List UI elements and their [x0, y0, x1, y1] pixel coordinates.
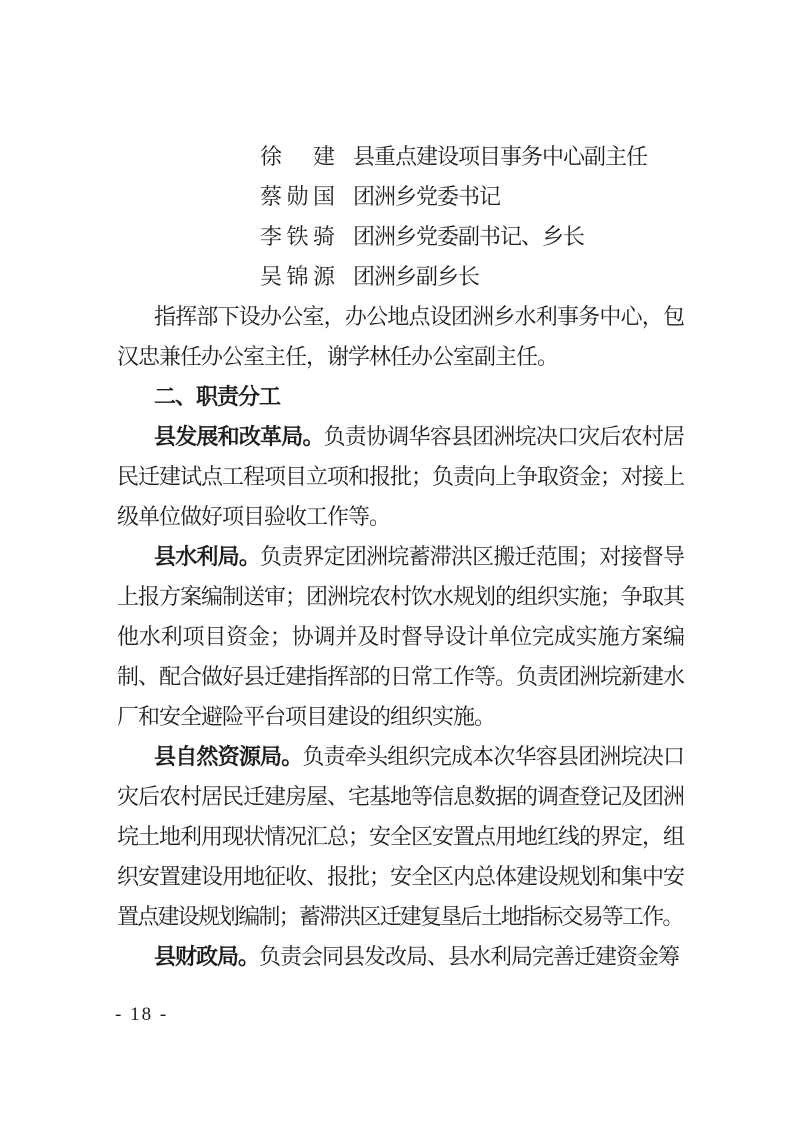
appointee-title: 团洲乡副乡长	[353, 257, 479, 297]
paragraph-line: 垸土地利用现状情况汇总；安全区安置点用地红线的界定，组	[117, 817, 684, 857]
paragraph: 指挥部下设办公室，办公地点设团洲乡水利事务中心，包汉忠兼任办公室主任，谢学林任办…	[117, 297, 684, 377]
paragraph-line: 他水利项目资金；协调并及时督导设计单位完成实施方案编	[117, 617, 684, 657]
paragraph-line: 指挥部下设办公室，办公地点设团洲乡水利事务中心，包	[117, 297, 684, 337]
appointee-title: 团洲乡党委副书记、乡长	[353, 217, 584, 257]
appointee-name: 徐 建	[260, 137, 334, 177]
page-number: - 18 -	[115, 1003, 168, 1027]
paragraph-text: 级单位做好项目验收工作等。	[117, 504, 390, 529]
appointment-row: 蔡勋国团洲乡党委书记	[117, 177, 684, 217]
paragraph-text: 负责牵头组织完成本次华容县团洲垸决口	[302, 744, 684, 769]
paragraph-text: 负责界定团洲垸蓄滞洪区搬迁范围；对接督导	[260, 544, 684, 569]
paragraph-text: 指挥部下设办公室，办公地点设团洲乡水利事务中心，包	[154, 304, 684, 329]
paragraph-text: 他水利项目资金；协调并及时督导设计单位完成实施方案编	[117, 624, 684, 649]
paragraph-line: 民迁建试点工程项目立项和报批；负责向上争取资金；对接上	[117, 457, 684, 497]
appointee-title: 县重点建设项目事务中心副主任	[353, 137, 647, 177]
appointee-name: 李铁骑	[260, 217, 334, 257]
paragraph-text: 负责会同县发改局、县水利局完善迁建资金筹	[259, 944, 679, 969]
paragraph-line: 县水利局。负责界定团洲垸蓄滞洪区搬迁范围；对接督导	[117, 537, 684, 577]
paragraph-text: 上报方案编制送审；团洲垸农村饮水规划的组织实施；争取其	[117, 584, 684, 609]
paragraph-line: 县财政局。负责会同县发改局、县水利局完善迁建资金筹	[117, 937, 684, 977]
org-name-bold: 县发展和改革局。	[154, 424, 324, 449]
paragraph: 县自然资源局。负责牵头组织完成本次华容县团洲垸决口灾后农村居民迁建房屋、宅基地等…	[117, 737, 684, 937]
paragraph-line: 县自然资源局。负责牵头组织完成本次华容县团洲垸决口	[117, 737, 684, 777]
paragraph: 县水利局。负责界定团洲垸蓄滞洪区搬迁范围；对接督导上报方案编制送审；团洲垸农村饮…	[117, 537, 684, 737]
appointment-row: 李铁骑团洲乡党委副书记、乡长	[117, 217, 684, 257]
appointment-row: 徐 建县重点建设项目事务中心副主任	[117, 137, 684, 177]
paragraph-line: 级单位做好项目验收工作等。	[117, 497, 684, 537]
paragraph-line: 制、配合做好县迁建指挥部的日常工作等。负责团洲垸新建水	[117, 657, 684, 697]
appointment-row: 吴锦源团洲乡副乡长	[117, 257, 684, 297]
document-body: 徐 建县重点建设项目事务中心副主任蔡勋国团洲乡党委书记李铁骑团洲乡党委副书记、乡…	[117, 137, 684, 977]
paragraph-line: 厂和安全避险平台项目建设的组织实施。	[117, 697, 684, 737]
paragraph-text: 织安置建设用地征收、报批；安全区内总体建设规划和集中安	[117, 864, 684, 889]
appointee-title: 团洲乡党委书记	[353, 177, 500, 217]
paragraph-line: 汉忠兼任办公室主任，谢学林任办公室副主任。	[117, 337, 684, 377]
appointee-name: 蔡勋国	[260, 177, 334, 217]
paragraph-line: 织安置建设用地征收、报批；安全区内总体建设规划和集中安	[117, 857, 684, 897]
paragraph-line: 灾后农村居民迁建房屋、宅基地等信息数据的调查登记及团洲	[117, 777, 684, 817]
paragraph-text: 负责协调华容县团洲垸决口灾后农村居	[324, 424, 684, 449]
paragraph: 县发展和改革局。负责协调华容县团洲垸决口灾后农村居民迁建试点工程项目立项和报批；…	[117, 417, 684, 537]
org-name-bold: 县财政局。	[154, 944, 259, 969]
paragraph-text: 置点建设规划编制；蓄滞洪区迁建复垦后土地指标交易等工作。	[117, 904, 683, 929]
paragraph-text: 制、配合做好县迁建指挥部的日常工作等。负责团洲垸新建水	[117, 664, 684, 689]
paragraph-line: 置点建设规划编制；蓄滞洪区迁建复垦后土地指标交易等工作。	[117, 897, 684, 937]
paragraph: 县财政局。负责会同县发改局、县水利局完善迁建资金筹	[117, 937, 684, 977]
org-name-bold: 县自然资源局。	[154, 744, 302, 769]
paragraph-text: 垸土地利用现状情况汇总；安全区安置点用地红线的界定，组	[117, 824, 684, 849]
appointee-name: 吴锦源	[260, 257, 334, 297]
paragraph-line: 上报方案编制送审；团洲垸农村饮水规划的组织实施；争取其	[117, 577, 684, 617]
paragraph-text: 汉忠兼任办公室主任，谢学林任办公室副主任。	[117, 344, 558, 369]
paragraph-text: 灾后农村居民迁建房屋、宅基地等信息数据的调查登记及团洲	[117, 784, 684, 809]
paragraph-line: 县发展和改革局。负责协调华容县团洲垸决口灾后农村居	[117, 417, 684, 457]
paragraph-text: 民迁建试点工程项目立项和报批；负责向上争取资金；对接上	[117, 464, 684, 489]
section-heading: 二、职责分工	[117, 377, 684, 417]
org-name-bold: 县水利局。	[154, 544, 260, 569]
document-page: 徐 建县重点建设项目事务中心副主任蔡勋国团洲乡党委书记李铁骑团洲乡党委副书记、乡…	[0, 0, 793, 1122]
paragraph-text: 厂和安全避险平台项目建设的组织实施。	[117, 704, 495, 729]
